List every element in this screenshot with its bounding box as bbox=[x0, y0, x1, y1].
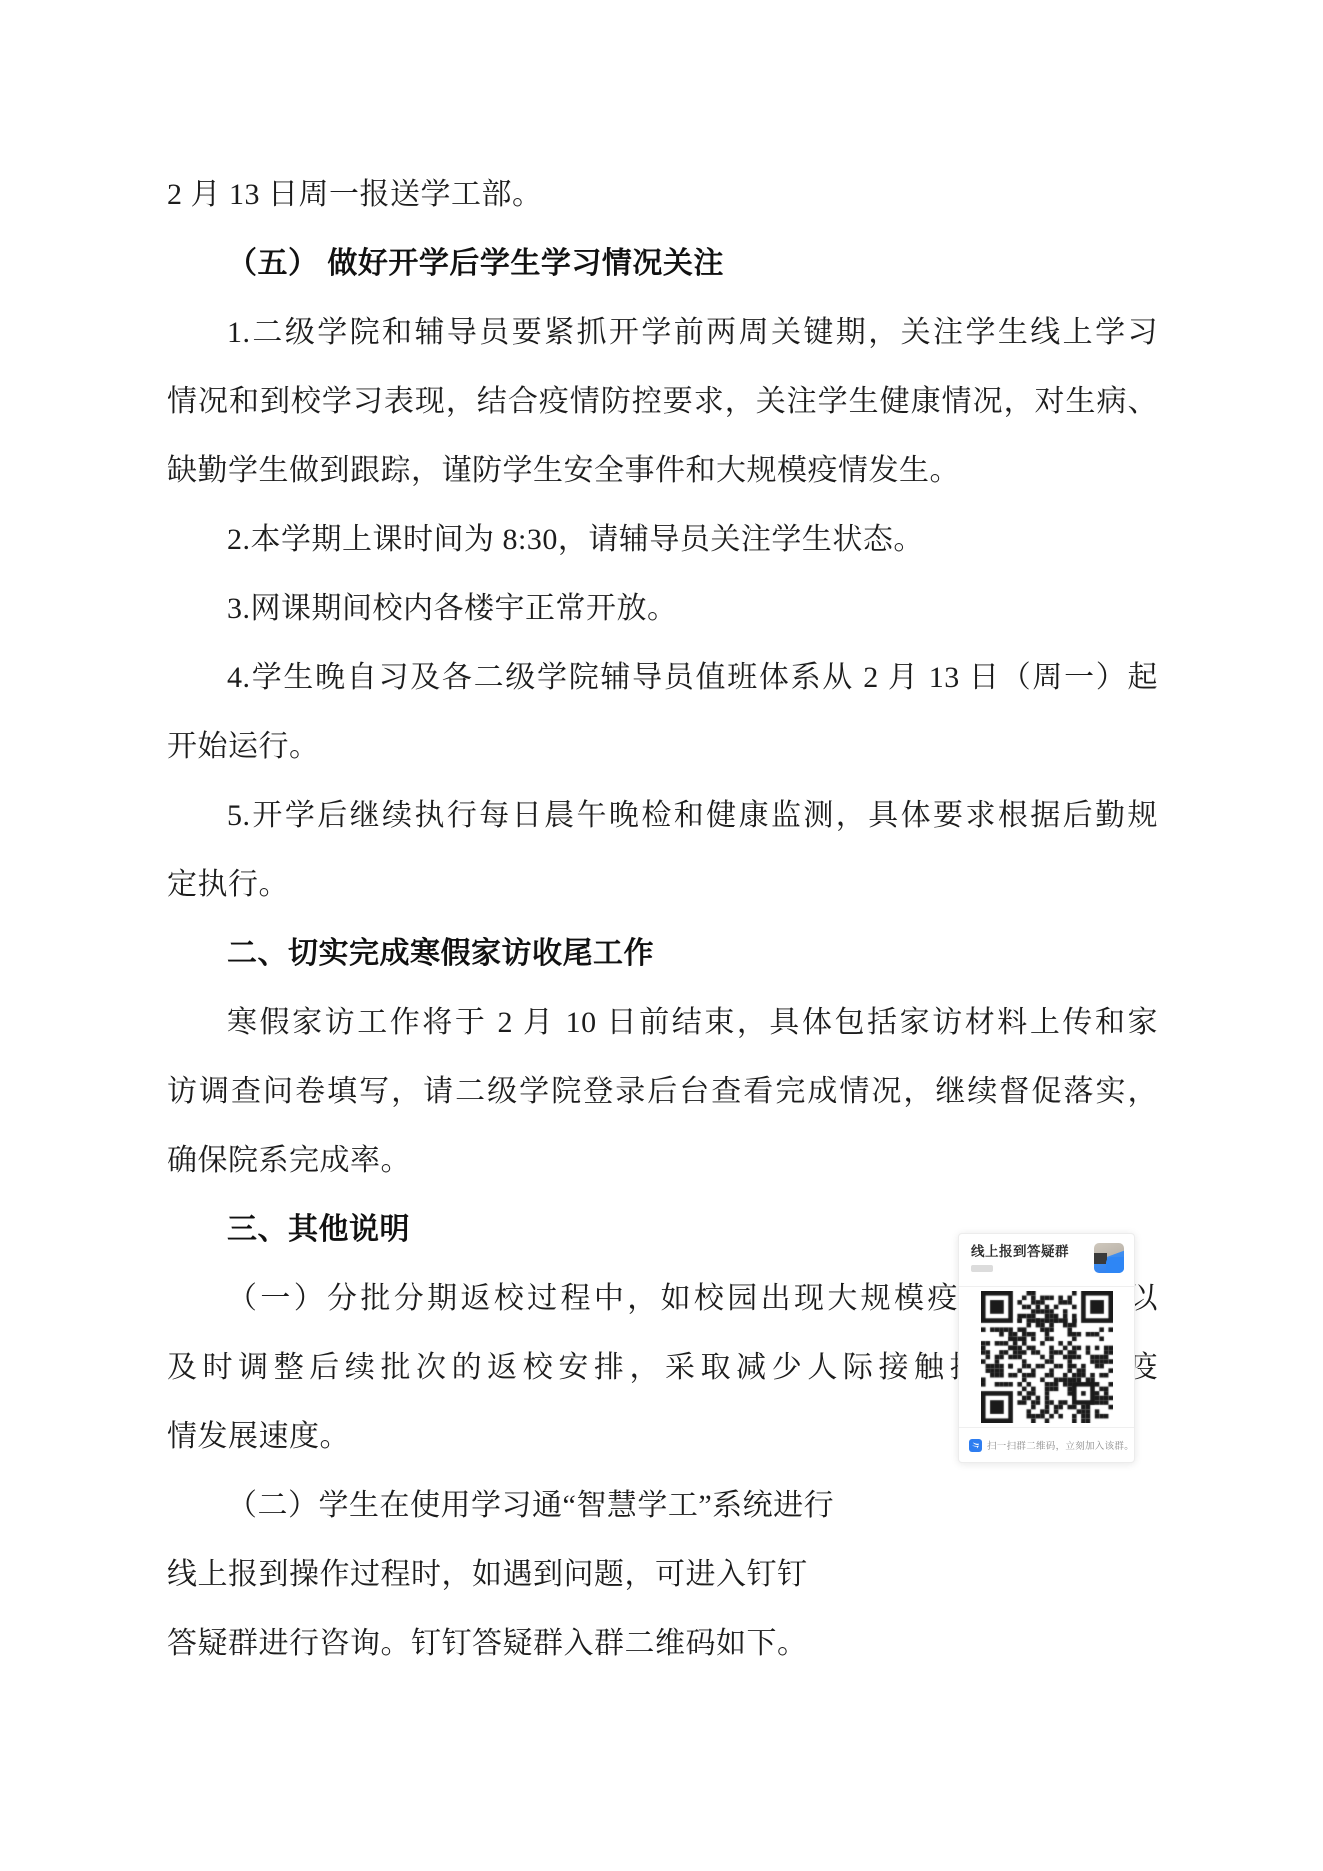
group-avatar bbox=[1094, 1243, 1124, 1273]
document-line: 2 月 13 日周一报送学工部。 bbox=[167, 160, 1158, 229]
document-page: 2 月 13 日周一报送学工部。（五） 做好开学后学生学习情况关注1.二级学院和… bbox=[0, 0, 1323, 1871]
document-line: 访调查问卷填写，请二级学院登录后台查看完成情况，继续督促落实， bbox=[167, 1057, 1158, 1126]
qr-card-subtitle-redacted bbox=[971, 1265, 993, 1272]
qr-card-footer-text: 扫一扫群二维码，立刻加入该群。 bbox=[987, 1438, 1134, 1452]
document-line: 2.本学期上课时间为 8:30，请辅导员关注学生状态。 bbox=[167, 505, 1158, 574]
dingtalk-icon bbox=[969, 1439, 982, 1452]
section-heading: （五） 做好开学后学生学习情况关注 bbox=[167, 229, 1158, 298]
document-line: 3.网课期间校内各楼宇正常开放。 bbox=[167, 574, 1158, 643]
qr-card-footer: 扫一扫群二维码，立刻加入该群。 bbox=[959, 1427, 1134, 1462]
document-line: 开始运行。 bbox=[167, 712, 1158, 781]
document-line: 4.学生晚自习及各二级学院辅导员值班体系从 2 月 13 日（周一）起 bbox=[167, 643, 1158, 712]
document-line: 定执行。 bbox=[167, 850, 1158, 919]
qr-zone bbox=[959, 1287, 1134, 1427]
document-line: 1.二级学院和辅导员要紧抓开学前两周关键期，关注学生线上学习 bbox=[167, 298, 1158, 367]
document-line: 寒假家访工作将于 2 月 10 日前结束，具体包括家访材料上传和家 bbox=[167, 988, 1158, 1057]
document-line: 确保院系完成率。 bbox=[167, 1126, 1158, 1195]
qr-card-header: 线上报到答疑群 bbox=[959, 1234, 1134, 1287]
document-line: 答疑群进行咨询。钉钉答疑群入群二维码如下。 bbox=[167, 1609, 1158, 1678]
document-line: 缺勤学生做到跟踪，谨防学生安全事件和大规模疫情发生。 bbox=[167, 436, 1158, 505]
qr-code bbox=[981, 1291, 1113, 1423]
document-line: （二）学生在使用学习通“智慧学工”系统进行 bbox=[167, 1471, 1158, 1540]
document-line: 线上报到操作过程时，如遇到问题，可进入钉钉 bbox=[167, 1540, 1158, 1609]
section-heading: 二、切实完成寒假家访收尾工作 bbox=[167, 919, 1158, 988]
document-line: 5.开学后继续执行每日晨午晚检和健康监测，具体要求根据后勤规 bbox=[167, 781, 1158, 850]
qr-card-title: 线上报到答疑群 bbox=[971, 1243, 1069, 1261]
dingtalk-group-qr-card: 线上报到答疑群 扫一扫群二维码，立刻加入该群。 bbox=[958, 1233, 1135, 1463]
document-line: 情况和到校学习表现，结合疫情防控要求，关注学生健康情况，对生病、 bbox=[167, 367, 1158, 436]
